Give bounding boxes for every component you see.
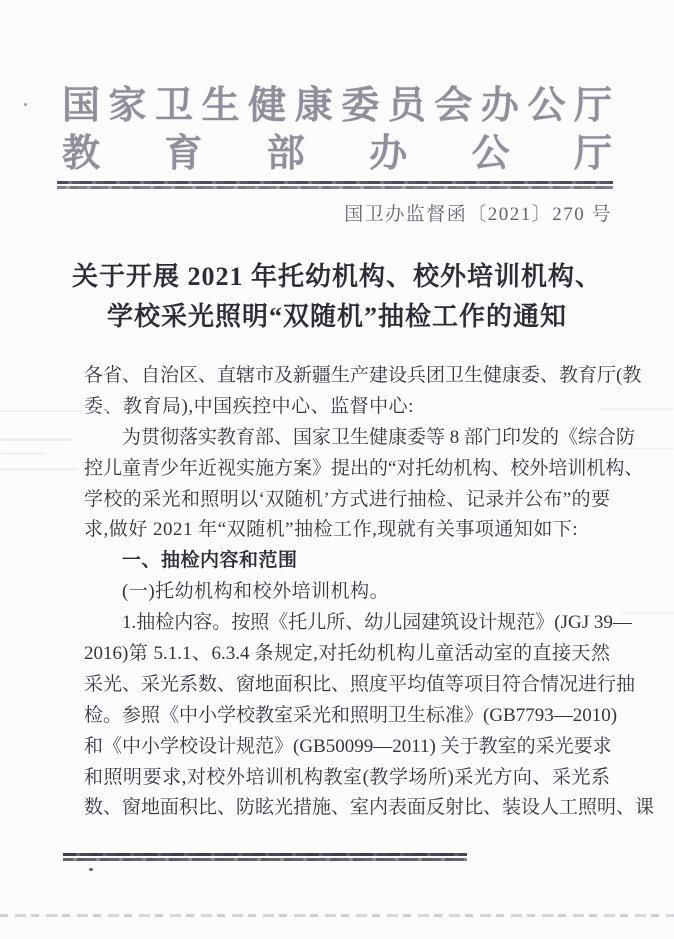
- scan-artifact-fold-bar: [63, 853, 467, 862]
- document-number: 国卫办监督函〔2021〕270 号: [344, 199, 612, 226]
- body-line: 委、教育局),中国疾控中心、监督中心:: [84, 392, 610, 423]
- scan-artifact-bottom-edge: [0, 914, 674, 917]
- scan-artifact-streak: [0, 468, 78, 471]
- document-title-line-1: 关于开展 2021 年托幼机构、校外培训机构、: [0, 257, 674, 297]
- letterhead: 国家卫生健康委员会办公厅 教育部办公厅: [62, 82, 612, 178]
- body-line: 一、抽检内容和范围: [84, 546, 610, 577]
- body-line: 1.抽检内容。按照《托儿所、幼儿园建筑设计规范》(JGJ 39—: [84, 608, 610, 639]
- letterhead-line-1: 国家卫生健康委员会办公厅: [62, 82, 612, 130]
- scan-artifact-streak: [600, 408, 674, 410]
- scan-artifact-dot: [89, 868, 93, 871]
- body-line: 控儿童青少年近视实施方案》提出的“对托幼机构、校外培训机构、: [84, 454, 610, 485]
- document-body: 各省、自治区、直辖市及新疆生产建设兵团卫生健康委、教育厅(教委、教育局),中国疾…: [84, 361, 610, 824]
- body-line: 2016)第 5.1.1、6.3.4 条规定,对托幼机构儿童活动室的直接天然: [84, 639, 610, 670]
- document-page: 国家卫生健康委员会办公厅 教育部办公厅 国卫办监督函〔2021〕270 号 关于…: [0, 0, 674, 939]
- scan-artifact-streak: [0, 438, 72, 441]
- divider-line-top: [57, 181, 613, 184]
- body-line: 各省、自治区、直辖市及新疆生产建设兵团卫生健康委、教育厅(教: [84, 361, 610, 392]
- document-title: 关于开展 2021 年托幼机构、校外培训机构、 学校采光照明“双随机”抽检工作的…: [0, 257, 674, 337]
- body-line: 和照明要求,对校外培训机构教室(教学场所)采光方向、采光系: [84, 763, 610, 794]
- body-line: 采光、采光系数、窗地面积比、照度平均值等项目符合情况进行抽: [84, 670, 610, 701]
- body-line: 求,做好 2021 年“双随机”抽检工作,现就有关事项通知如下:: [84, 515, 610, 546]
- document-title-line-2: 学校采光照明“双随机”抽检工作的通知: [0, 297, 674, 337]
- body-line: (一)托幼机构和校外培训机构。: [84, 577, 610, 608]
- scan-artifact-dot: [24, 103, 27, 106]
- body-line: 为贯彻落实教育部、国家卫生健康委等 8 部门印发的《综合防: [84, 423, 610, 454]
- body-line: 检。参照《中小学校教室采光和照明卫生标准》(GB7793—2010): [84, 701, 610, 732]
- letterhead-line-2: 教育部办公厅: [62, 130, 612, 178]
- body-line: 和《中小学校设计规范》(GB50099—2011) 关于教室的采光要求: [84, 732, 610, 763]
- letterhead-divider-rule: [57, 181, 613, 190]
- body-line: 学校的采光和照明以‘双随机’方式进行抽检、记录并公布”的要: [84, 485, 610, 516]
- body-line: 数、窗地面积比、防眩光措施、室内表面反射比、装设人工照明、课: [84, 793, 610, 824]
- scan-artifact-streak: [0, 452, 46, 455]
- divider-line-bottom: [57, 186, 613, 189]
